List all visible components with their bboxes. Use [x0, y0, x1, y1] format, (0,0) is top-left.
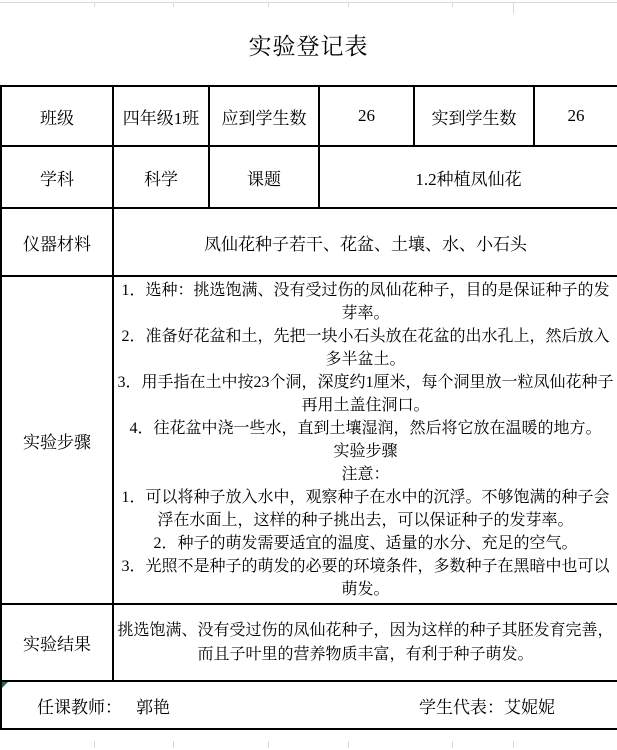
student-name: 艾妮妮: [504, 693, 555, 718]
step-line: 2．种子的萌发需要适宜的温度、适量的水分、充足的空气。: [114, 532, 617, 555]
result-value-cell: 挑选饱满、没有受过伤的凤仙花种子，因为这样的种子其胚发育完善，而且子叶里的营养物…: [113, 604, 617, 681]
gridline-stub: [513, 741, 514, 748]
result-label-cell: 实验结果: [1, 604, 113, 681]
step-line: 1．选种：挑选饱满、没有受过伤的凤仙花种子，目的是保证种子的发芽率。: [114, 279, 617, 325]
step-line: 1．可以将种子放入水中，观察种子在水中的沉浮。不够饱满的种子会浮在水面上，这样的…: [114, 486, 617, 532]
subject-label-cell: 学科: [1, 146, 113, 208]
gridline-stub: [94, 741, 95, 748]
teacher-signature: 任课教师： 郭艳: [37, 693, 170, 718]
actual-students-value-cell: 26: [534, 86, 617, 146]
page-title: 实验登记表: [0, 3, 617, 85]
gridline-stub: [173, 741, 174, 748]
step-line: 注意：: [114, 463, 617, 486]
student-label: 学生代表：: [419, 693, 504, 718]
row-steps: 实验步骤 1．选种：挑选饱满、没有受过伤的凤仙花种子，目的是保证种子的发芽率。 …: [1, 276, 617, 604]
gridline-stub: [348, 741, 349, 748]
materials-value-cell: 凤仙花种子若干、花盆、土壤、水、小石头: [113, 208, 617, 276]
expected-students-value-cell: 26: [319, 86, 414, 146]
teacher-name: 郭艳: [136, 693, 170, 718]
row-signatures: 任课教师： 郭艳 学生代表： 艾妮妮: [1, 681, 617, 729]
row-materials: 仪器材料 凤仙花种子若干、花盆、土壤、水、小石头: [1, 208, 617, 276]
class-value-cell: 四年级1班: [113, 86, 209, 146]
step-line: 3．用手指在土中按23个洞，深度约1厘米，每个洞里放一粒凤仙花种子再用土盖住洞口…: [114, 371, 617, 417]
topic-label-cell: 课题: [209, 146, 319, 208]
registration-table: 班级 四年级1班 应到学生数 26 实到学生数 26 学科 科学 课题 1.2种…: [0, 85, 617, 730]
row-subject-topic: 学科 科学 课题 1.2种植凤仙花: [1, 146, 617, 208]
step-line: 4．往花盆中浇一些水，直到土壤湿润，然后将它放在温暖的地方。: [114, 417, 617, 440]
expected-students-label-cell: 应到学生数: [209, 86, 319, 146]
class-label-cell: 班级: [1, 86, 113, 146]
step-line: 2．准备好花盆和土，先把一块小石头放在花盆的出水孔上，然后放入多半盆土。: [114, 325, 617, 371]
gridline-stub: [452, 741, 453, 748]
experiment-registration-form: 实验登记表 班级 四年级1班 应到学生数 26 实到学生数 26 学科 科学 课…: [0, 0, 617, 750]
steps-label-cell: 实验步骤: [1, 276, 113, 604]
steps-value-cell: 1．选种：挑选饱满、没有受过伤的凤仙花种子，目的是保证种子的发芽率。 2．准备好…: [113, 276, 617, 604]
row-result: 实验结果 挑选饱满、没有受过伤的凤仙花种子，因为这样的种子其胚发育完善，而且子叶…: [1, 604, 617, 681]
topic-value-cell: 1.2种植凤仙花: [319, 146, 617, 208]
subject-value-cell: 科学: [113, 146, 209, 208]
gridline-stub: [268, 741, 269, 748]
step-line: 实验步骤: [114, 440, 617, 463]
row-class-counts: 班级 四年级1班 应到学生数 26 实到学生数 26: [1, 86, 617, 146]
step-line: 3．光照不是种子的萌发的必要的环境条件，多数种子在黑暗中也可以萌发。: [114, 555, 617, 601]
materials-label-cell: 仪器材料: [1, 208, 113, 276]
cell-comment-marker-icon: [2, 682, 8, 688]
actual-students-label-cell: 实到学生数: [414, 86, 534, 146]
signatures-cell: 任课教师： 郭艳 学生代表： 艾妮妮: [1, 681, 617, 729]
student-signature: 学生代表： 艾妮妮: [419, 693, 555, 718]
teacher-label: 任课教师：: [37, 693, 122, 718]
